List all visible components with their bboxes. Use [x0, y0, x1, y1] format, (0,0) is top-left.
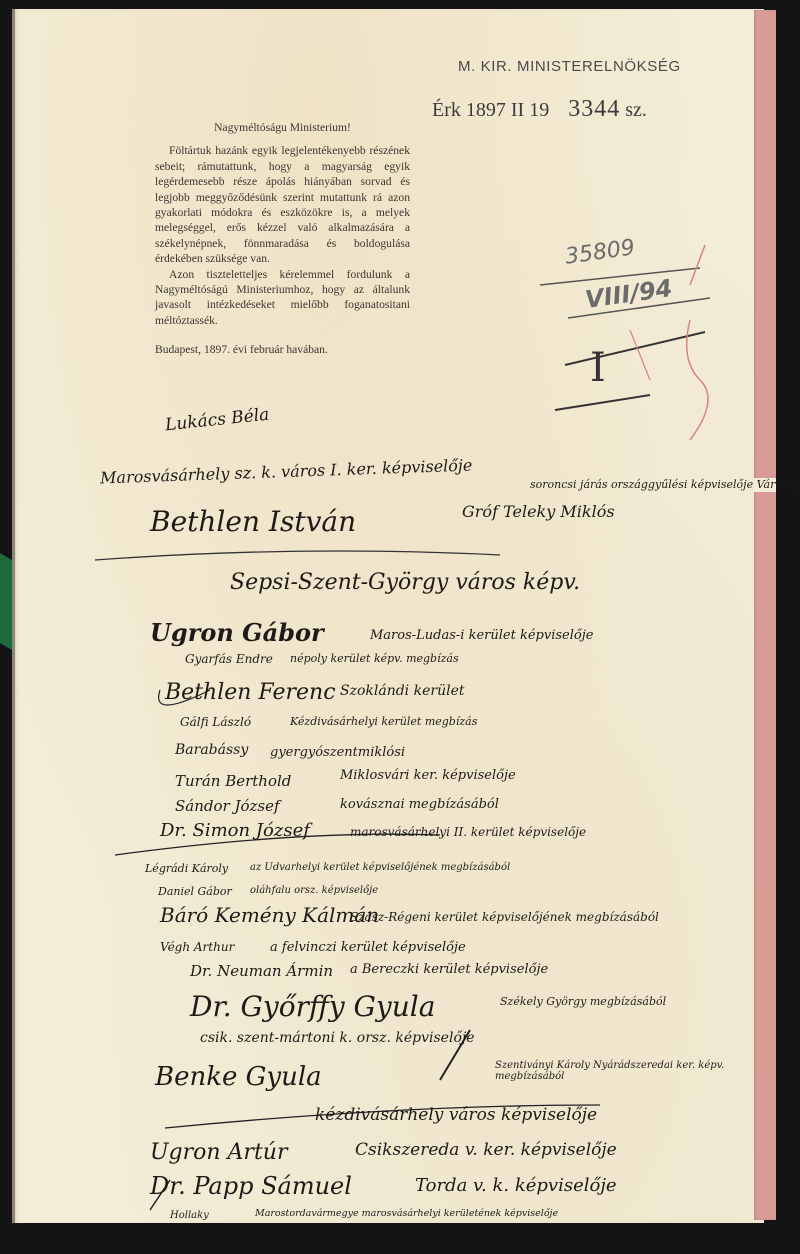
signature-23-role: Csikszereda v. ker. képviselője [355, 1140, 617, 1160]
signature-8-role: Szoklándi kerület [340, 683, 464, 699]
signature-18-role: a Bereczki kerület képviselője [350, 962, 548, 977]
signature-21-role: Szentiványi Károly Nyárádszeredai ker. k… [495, 1060, 755, 1082]
signature-8: Bethlen Ferenc [165, 680, 336, 705]
signature-5: Sepsi-Szent-György város képv. [230, 570, 580, 595]
signature-12-role: kovásznai megbízásából [340, 797, 499, 812]
signature-20: csik. szent-mártoni k. orsz. képviselője [200, 1030, 475, 1046]
signature-19-role: Székely György megbízásából [500, 995, 666, 1008]
signature-22: kézdivásárhely város képviselője [315, 1105, 597, 1125]
signature-3: Bethlen István [150, 505, 356, 538]
signature-10-role: gyergyószentmiklósi [270, 745, 405, 760]
signature-24-role: Torda v. k. képviselője [415, 1175, 617, 1196]
signature-15: Daniel Gábor [158, 885, 232, 898]
signature-7: Gyarfás Endre [185, 652, 273, 666]
signature-16: Báró Kemény Kálmán [160, 903, 379, 927]
signature-4: Gróf Teleky Miklós [462, 502, 615, 521]
signature-13-role: marosvásárhelyi II. kerület képviselője [350, 825, 586, 839]
signature-12: Sándor József [175, 797, 280, 815]
signature-11: Turán Berthold [175, 772, 291, 790]
signature-21: Benke Gyula [155, 1062, 322, 1092]
signature-23: Ugron Artúr [150, 1140, 287, 1165]
signature-7-role: népoly kerület képv. megbízás [290, 652, 459, 665]
signature-11-role: Miklosvári ker. képviselője [340, 768, 516, 783]
signature-15-role: oláhfalu orsz. képviselője [250, 885, 378, 896]
signature-14-role: az Udvarhelyi kerület képviselőjének meg… [250, 862, 510, 873]
signature-10: Barabássy [175, 742, 248, 758]
signature-25: Hollaky [170, 1210, 209, 1221]
signature-13: Dr. Simon József [160, 820, 310, 841]
signature-17: Végh Arthur [160, 940, 234, 954]
signature-9-role: Kézdivásárhelyi kerület megbízás [290, 715, 477, 728]
signature-6-role: Maros-Ludas-i kerület képviselője [370, 628, 593, 643]
signature-19: Dr. Győrffy Gyula [190, 990, 435, 1023]
signature-16-role: Szász-Régeni kerület képviselőjének megb… [350, 910, 659, 924]
signature-17-role: a felvinczi kerület képviselője [270, 940, 466, 955]
signature-24: Dr. Papp Sámuel [150, 1172, 352, 1200]
signature-14: Légrádi Károly [145, 862, 228, 875]
signature-18: Dr. Neuman Ármin [190, 962, 333, 980]
signature-6: Ugron Gábor [150, 618, 324, 647]
signature-9: Gálfi László [180, 715, 251, 729]
signature-25-role: Marostordavármegye marosvásárhelyi kerül… [255, 1208, 558, 1219]
signature-4-role: soroncsi járás országgyűlési képviselője… [530, 478, 800, 491]
